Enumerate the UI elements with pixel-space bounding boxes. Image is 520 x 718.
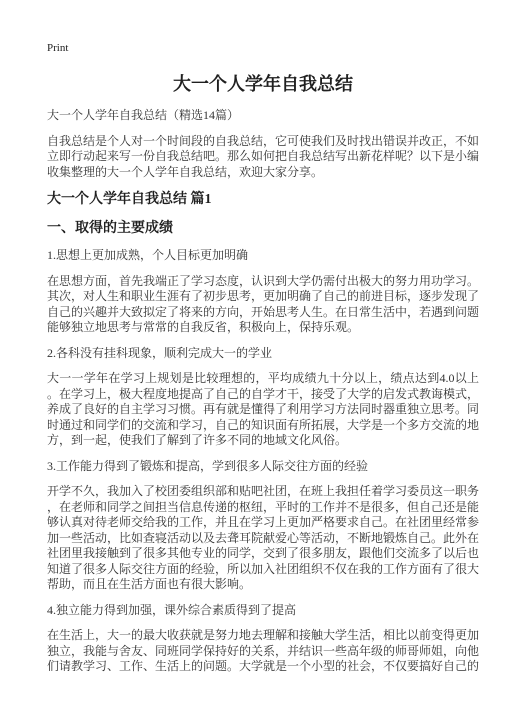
section-1-subheading: 一、取得的主要成绩 <box>47 220 479 238</box>
item-4-label: 4.独立能力得到加强，课外综合素质得到了提高 <box>47 603 479 619</box>
item-3-paragraph: 开学不久，我加入了校团委组织部和贴吧社团，在班上我担任着学习委员这一职务，在老师… <box>47 484 479 593</box>
page-title: 大一个人学年自我总结 <box>47 72 479 96</box>
item-1-label: 1.思想上更加成熟，个人目标更加明确 <box>47 248 479 264</box>
item-2-label: 2.各科没有挂科现象，顺利完成大一的学业 <box>47 346 479 362</box>
item-4-paragraph: 在生活上，大一的最大收获就是努力地去理解和接触大学生活，相比以前变得更加独立，我… <box>47 628 479 675</box>
section-1-heading: 大一个人学年自我总结 篇1 <box>47 191 479 209</box>
print-button[interactable]: Print <box>47 41 68 55</box>
document-page: Print 大一个人学年自我总结 大一个人学年自我总结（精选14篇） 自我总结是… <box>0 0 520 718</box>
intro-paragraph: 自我总结是个人对一个时间段的自我总结，它可使我们及时找出错误并改正，不如立即行动… <box>47 134 479 181</box>
subtitle: 大一个人学年自我总结（精选14篇） <box>47 108 479 124</box>
item-2-paragraph: 大一一学年在学习上规划是比较理想的，平均成绩九十分以上，绩点达到4.0以上。在学… <box>47 371 479 449</box>
item-1-paragraph: 在思想方面，首先我端正了学习态度，认识到大学仍需付出极大的努力用功学习。其次，对… <box>47 274 479 336</box>
item-3-label: 3.工作能力得到了锻炼和提高，学到很多人际交往方面的经验 <box>47 459 479 475</box>
